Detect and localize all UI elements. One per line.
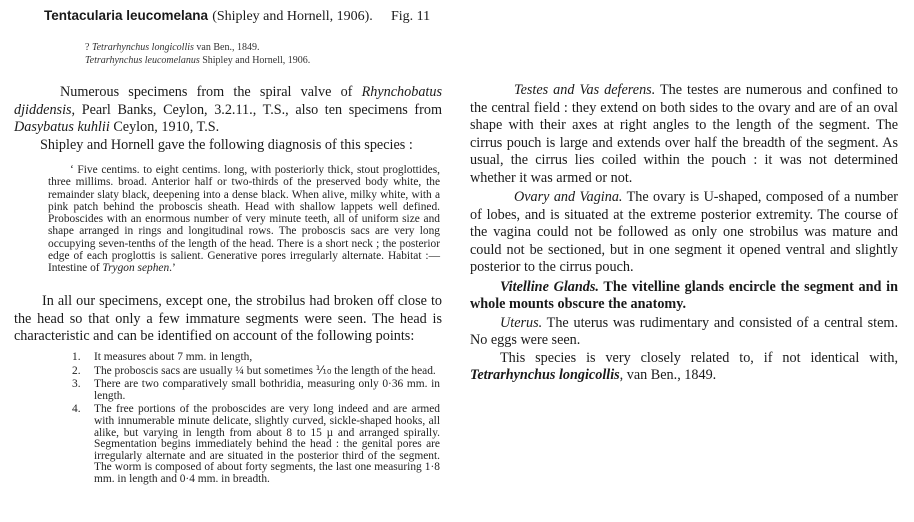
text-span: In all our specimens, except one, the st…	[14, 293, 442, 344]
synonym-line: Tetrarhynchus leucomelanus Shipley and H…	[85, 55, 310, 66]
list-item: 1. It measures about 7 mm. in length,	[72, 352, 440, 364]
synonym-name: Tetrarhynchus longicollis	[92, 42, 194, 53]
species-name: Tentacularia leucomelana	[44, 8, 208, 23]
list-text: It measures about 7 mm. in length,	[94, 352, 440, 364]
list-number: 1.	[72, 352, 94, 364]
text-span: , Pearl Banks, Ceylon, 3.2.11., T.S., al…	[72, 102, 442, 118]
list-number: 2.	[72, 366, 94, 378]
list-text: There are two comparatively small bothri…	[94, 379, 440, 402]
synonym-prefix: ?	[85, 42, 92, 53]
list-text: The free portions of the proboscides are…	[94, 404, 440, 485]
figure-reference: Fig. 11	[391, 9, 430, 24]
section-heading: Vitelline Glands.	[500, 279, 599, 295]
host-species: Trygon sephen	[102, 262, 169, 274]
list-text: The proboscis sacs are usually ¼ but som…	[94, 366, 440, 378]
related-species: Tetrarhynchus longicollis	[470, 367, 620, 383]
host-species: Dasybatus kuhlii	[14, 119, 110, 135]
observations-paragraph: In all our specimens, except one, the st…	[14, 293, 442, 346]
text-span: Ceylon, 1910, T.S.	[110, 119, 219, 135]
vitelline-section: Vitelline Glands. The vitelline glands e…	[470, 279, 898, 313]
synonym-name: Tetrarhynchus leucomelanus	[85, 55, 200, 66]
section-heading: Uterus.	[500, 315, 542, 331]
list-item: 3. There are two comparatively small bot…	[72, 379, 440, 402]
synonym-line: ? Tetrarhynchus longicollis van Ben., 18…	[85, 42, 259, 53]
species-authority: (Shipley and Hornell, 1906).	[212, 9, 373, 24]
species-title: Tentacularia leucomelana (Shipley and Ho…	[44, 8, 430, 25]
list-number: 3.	[72, 379, 94, 402]
collection-paragraph: Numerous specimens from the spiral valve…	[14, 84, 442, 137]
text-span: This species is very closely related to,…	[500, 350, 898, 366]
text-span: ‘ Five centims. to eight centims. long, …	[48, 164, 440, 274]
uterus-section: Uterus. The uterus was rudimentary and c…	[470, 315, 898, 349]
synonym-rest: Shipley and Hornell, 1906.	[200, 55, 311, 66]
diagnosis-quote: ‘ Five centims. to eight centims. long, …	[48, 164, 440, 275]
section-heading: Testes and Vas deferens.	[514, 82, 655, 98]
conclusion-paragraph: This species is very closely related to,…	[470, 350, 898, 384]
text-span: .’	[169, 262, 176, 274]
section-heading: Ovary and Vagina.	[514, 189, 622, 205]
ovary-section: Ovary and Vagina. The ovary is U-shaped,…	[470, 189, 898, 277]
list-item: 4. The free portions of the proboscides …	[72, 404, 440, 485]
text-span: , van Ben., 1849.	[620, 367, 717, 383]
list-number: 4.	[72, 404, 94, 485]
characteristics-list: 1. It measures about 7 mm. in length, 2.…	[72, 352, 440, 488]
diagnosis-intro: Shipley and Hornell gave the following d…	[14, 137, 442, 155]
list-item: 2. The proboscis sacs are usually ¼ but …	[72, 366, 440, 378]
synonym-rest: van Ben., 1849.	[194, 42, 260, 53]
text-span: Numerous specimens from the spiral valve…	[60, 84, 362, 100]
testes-section: Testes and Vas deferens. The testes are …	[470, 82, 898, 187]
text-span: Shipley and Hornell gave the following d…	[40, 137, 413, 153]
